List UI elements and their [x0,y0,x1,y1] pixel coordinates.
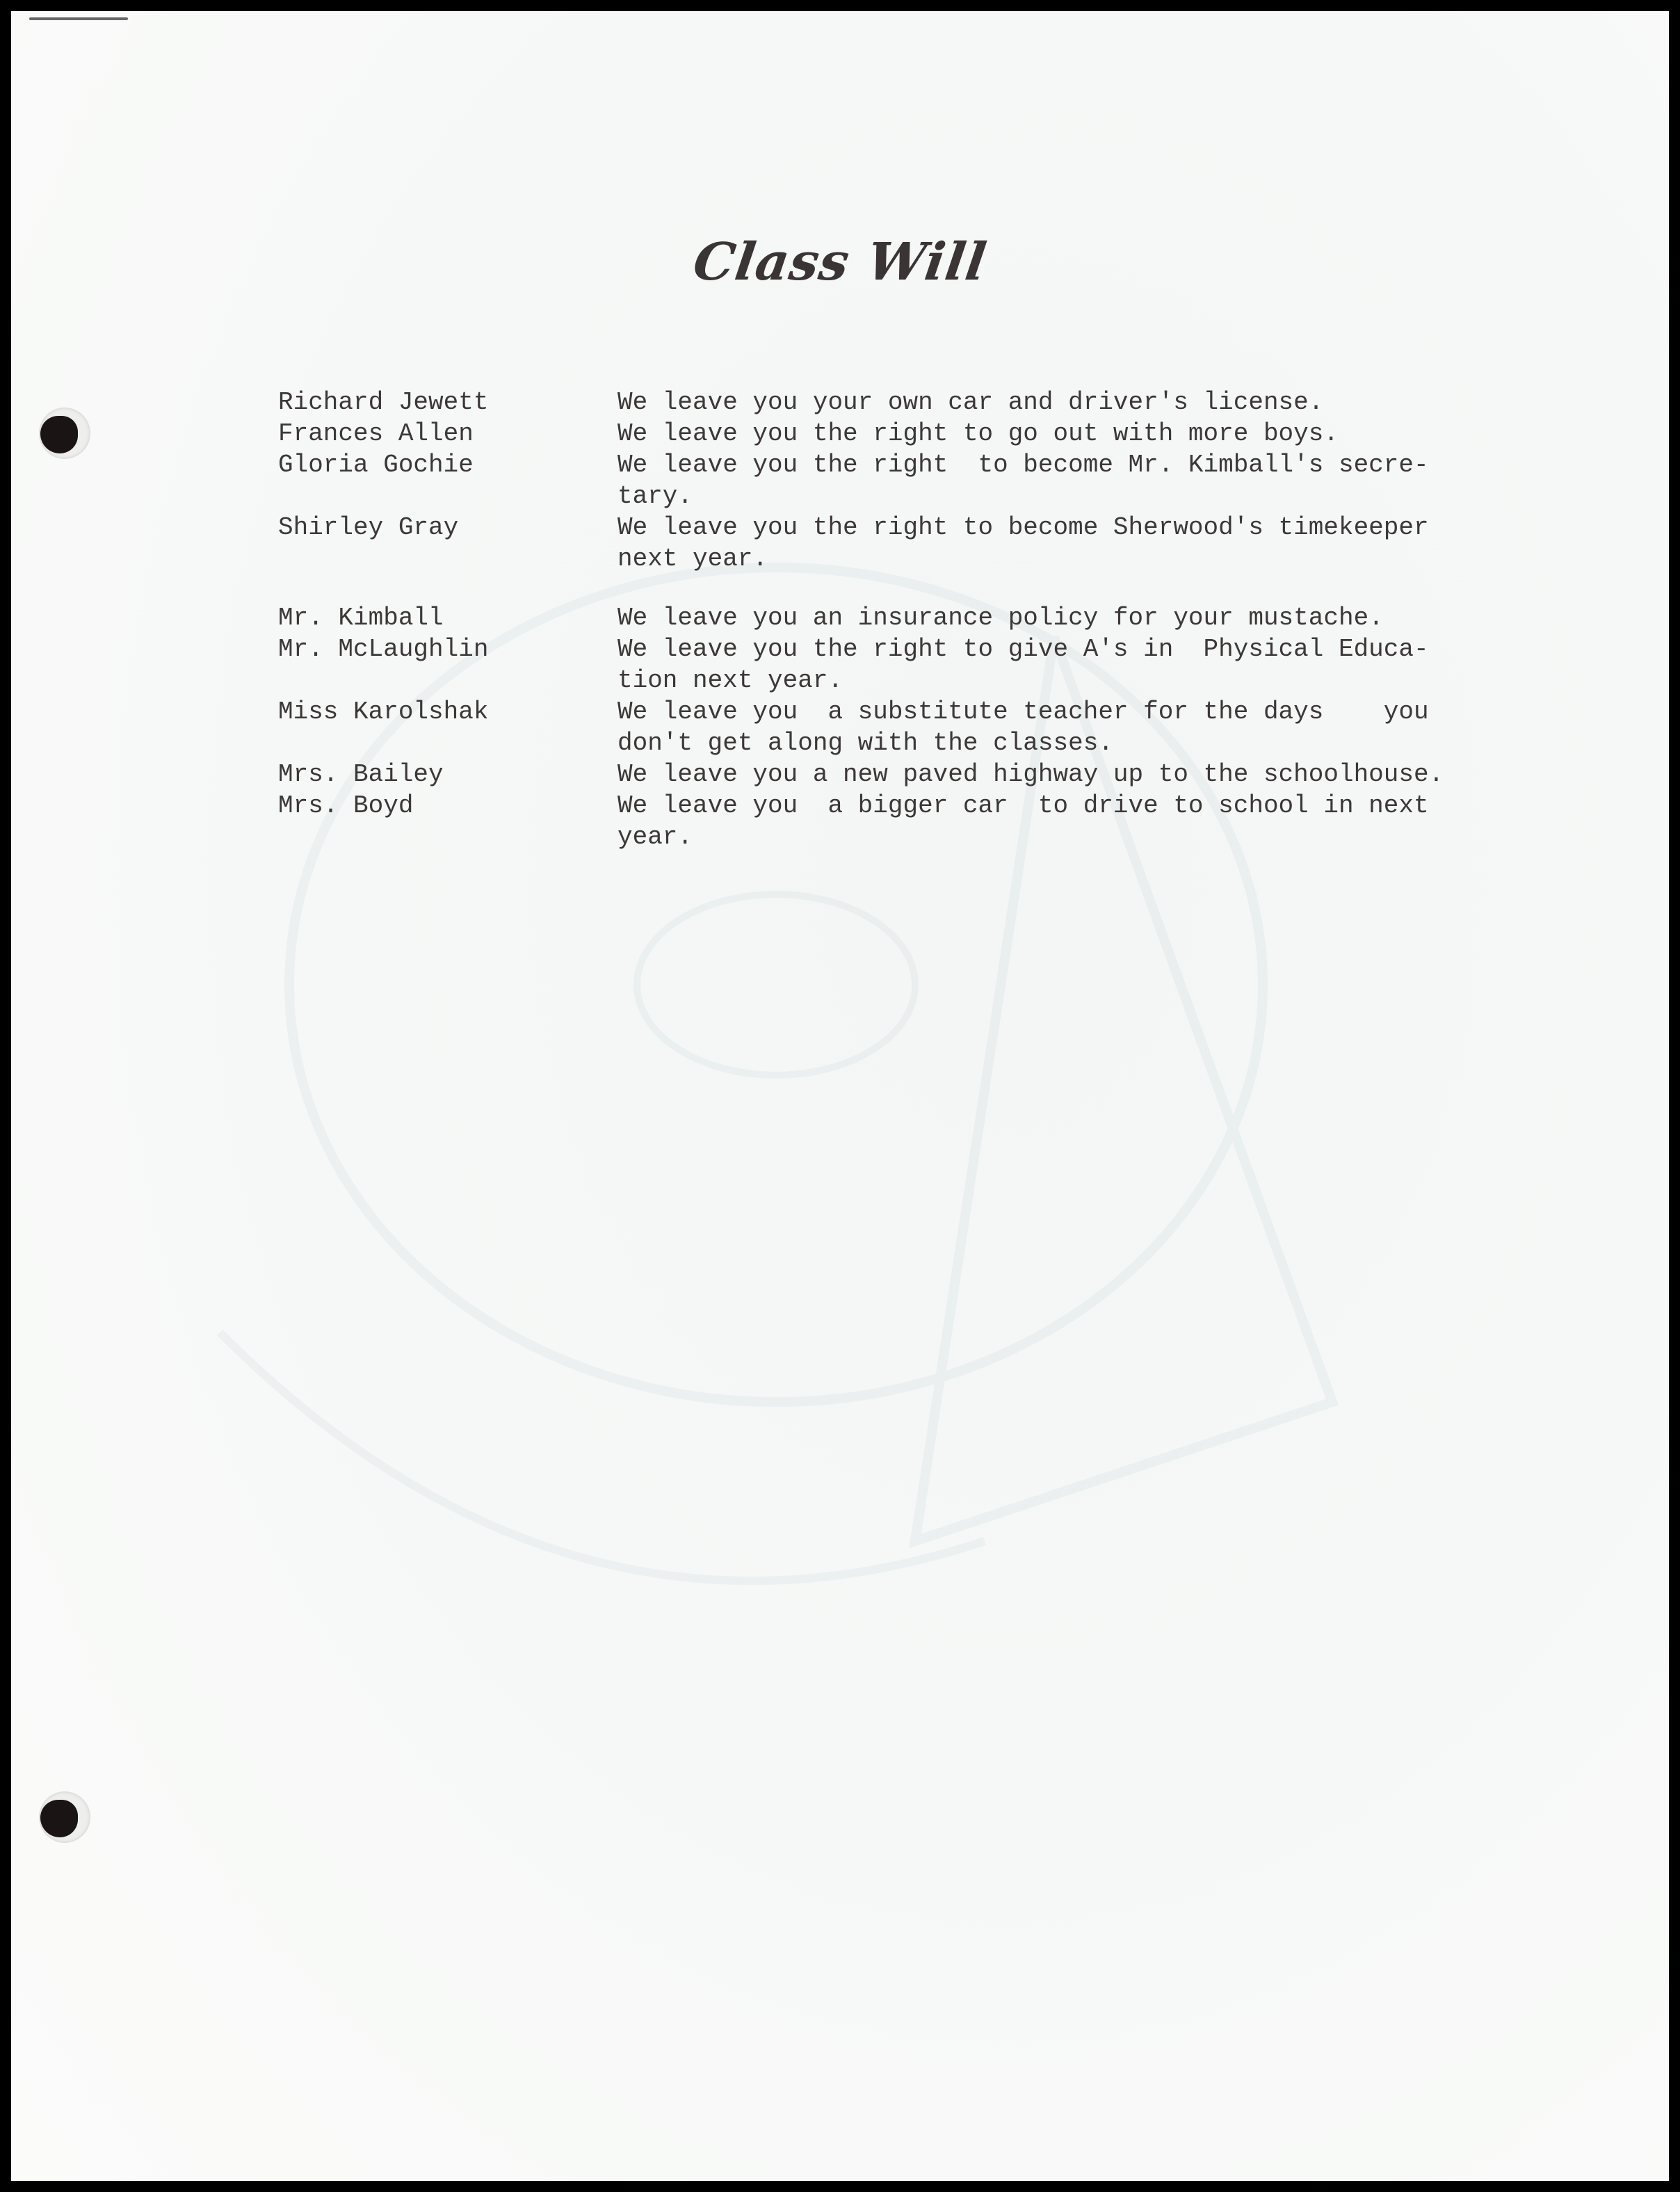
will-entry: Gloria Gochie We leave you the right to … [278,449,1495,512]
bequest-text: We leave you a new paved highway up to t… [617,759,1495,790]
top-rule [29,17,128,20]
recipient-name: Mr. Kimball [278,602,617,634]
bequest-text: We leave you the right to become Mr. Kim… [617,449,1495,512]
recipient-name: Frances Allen [278,418,617,449]
bequest-text: We leave you the right to become Sherwoo… [617,512,1495,574]
class-will-list: Richard Jewett We leave you your own car… [278,387,1495,853]
bequest-text: We leave you a bigger car to drive to sc… [617,790,1495,853]
recipient-name: Richard Jewett [278,387,617,418]
document-page: Class Will Richard Jewett We leave you y… [11,11,1669,2181]
page-title: Class Will [11,232,1669,292]
punch-hole-bottom [39,1791,90,1843]
will-entry: Shirley Gray We leave you the right to b… [278,512,1495,574]
bequest-text: We leave you a substitute teacher for th… [617,696,1495,759]
bequest-text: We leave you your own car and driver's l… [617,387,1495,418]
recipient-name: Mrs. Bailey [278,759,617,790]
recipient-name: Mrs. Boyd [278,790,617,853]
recipient-name: Mr. McLaughlin [278,634,617,696]
bequest-text: We leave you an insurance policy for you… [617,602,1495,634]
will-entry: Mr. Kimball We leave you an insurance po… [278,602,1495,634]
will-entry: Mrs. Bailey We leave you a new paved hig… [278,759,1495,790]
will-entry: Mrs. Boyd We leave you a bigger car to d… [278,790,1495,853]
recipient-name: Shirley Gray [278,512,617,574]
bequest-text: We leave you the right to go out with mo… [617,418,1495,449]
will-entry: Miss Karolshak We leave you a substitute… [278,696,1495,759]
will-entry: Frances Allen We leave you the right to … [278,418,1495,449]
will-entry: Mr. McLaughlin We leave you the right to… [278,634,1495,696]
recipient-name: Gloria Gochie [278,449,617,512]
will-entry: Richard Jewett We leave you your own car… [278,387,1495,418]
recipient-name: Miss Karolshak [278,696,617,759]
punch-hole-top [39,408,90,459]
bequest-text: We leave you the right to give A's in Ph… [617,634,1495,696]
